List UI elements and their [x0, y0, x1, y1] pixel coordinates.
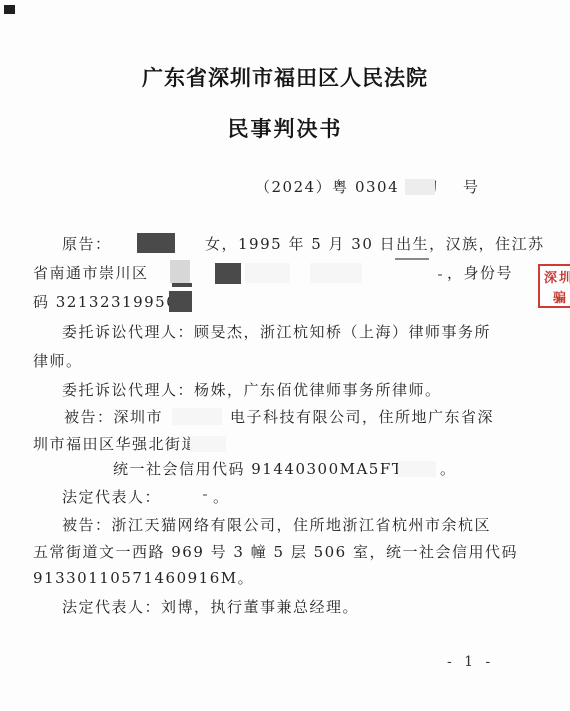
- defendant1-rep-period: 。: [213, 486, 230, 507]
- document-type-title: 民事判决书: [0, 113, 570, 143]
- redaction-box-street: [190, 436, 226, 452]
- defendant1-line-1: 被告：深圳市 电子科技有限公司，住所地广东省深: [0, 406, 570, 430]
- plaintiff-info-text: 女，1995 年 5 月 30 日出生，汉族，住江苏: [205, 233, 545, 254]
- defendant1-line-4: 法定代表人： 。: [0, 486, 570, 510]
- dash-artifact-rep: [203, 494, 207, 496]
- redaction-box-id-number: [169, 291, 192, 312]
- red-court-stamp: 深圳 骗: [538, 264, 570, 308]
- defendant2-text: 被告：浙江天猫网络有限公司，住所地浙江省杭州市余杭区: [62, 514, 491, 535]
- plaintiff-line-1: 原告： 女，1995 年 5 月 30 日出生，汉族，住江苏: [0, 233, 570, 257]
- redaction-box-address-light: [170, 260, 190, 283]
- defendant1-line-2: 圳市福田区华强北街道: [0, 433, 570, 457]
- defendant2-rep-text: 法定代表人：刘博，执行董事兼总经理。: [62, 596, 359, 617]
- judgment-document-page: 广东省深圳市福田区人民法院 民事判决书 （2024）粤 0304 民初 号 原告…: [0, 0, 570, 711]
- redaction-box-address-faint-1: [245, 263, 290, 283]
- defendant2-address-text: 五常街道文一西路 969 号 3 幢 5 层 506 室，统一社会信用代码: [33, 541, 518, 562]
- plaintiff-line-2: 省南通市崇川区 ，身份号: [0, 262, 570, 286]
- stamp-text-line1: 深圳: [540, 269, 570, 289]
- agent1-line-1: 委托诉讼代理人：顾旻杰，浙江杭知桥（上海）律师事务所: [0, 321, 570, 345]
- plaintiff-address-text: 省南通市崇川区: [33, 262, 149, 283]
- dash-artifact: [438, 274, 442, 276]
- agent2-line-1: 委托诉讼代理人：杨姝，广东佰优律师事务所律师。: [0, 379, 570, 403]
- agent1-line-2: 律师。: [0, 350, 570, 374]
- defendant1-label: 被告：深圳市: [64, 406, 163, 427]
- court-name-title: 广东省深圳市福田区人民法院: [0, 62, 570, 92]
- case-number-suffix: 号: [463, 176, 480, 197]
- defendant1-address-text: 圳市福田区华强北街道: [33, 433, 198, 454]
- case-number-line: （2024）粤 0304 民初 号: [0, 176, 570, 200]
- plaintiff-line-3: 码 321323199505: [0, 291, 570, 315]
- agent1-text: 委托诉讼代理人：顾旻杰，浙江杭知桥（上海）律师事务所: [62, 321, 491, 342]
- plaintiff-label: 原告：: [62, 233, 112, 254]
- redaction-box-address-dark: [215, 263, 241, 284]
- redaction-box-plaintiff-name: [137, 233, 175, 253]
- page-number: - 1 -: [447, 654, 494, 670]
- defendant2-line-2: 五常街道文一西路 969 号 3 幢 5 层 506 室，统一社会信用代码: [0, 541, 570, 565]
- defendant1-credit-code-text: 统一社会信用代码 91440300MA5FT8: [113, 458, 414, 479]
- agent2-text: 委托诉讼代理人：杨姝，广东佰优律师事务所律师。: [62, 379, 442, 400]
- plaintiff-id-label-text: ，身份号: [447, 262, 513, 283]
- redaction-box-credit-code: [398, 461, 436, 477]
- plaintiff-id-number-text: 码 321323199505: [33, 291, 188, 312]
- redaction-strip-artifact: [172, 283, 192, 287]
- redaction-box-address-faint-2: [310, 263, 362, 283]
- redaction-box-case-number: [405, 179, 435, 195]
- agent1-text-cont: 律师。: [33, 350, 83, 371]
- stamp-text-line2: 骗: [540, 289, 570, 309]
- defendant1-line-3: 统一社会信用代码 91440300MA5FT8 。: [0, 458, 570, 482]
- defendant1-info-text: 电子科技有限公司，住所地广东省深: [230, 406, 494, 427]
- defendant1-credit-code-period: 。: [440, 458, 457, 479]
- underline-artifact: [395, 258, 429, 260]
- defendant2-line-1: 被告：浙江天猫网络有限公司，住所地浙江省杭州市余杭区: [0, 514, 570, 538]
- defendant1-rep-label: 法定代表人：: [62, 486, 161, 507]
- redaction-box-company-name: [172, 408, 222, 425]
- defendant2-line-4: 法定代表人：刘博，执行董事兼总经理。: [0, 596, 570, 620]
- scan-artifact-mark: [4, 5, 15, 14]
- defendant2-line-3: 91330110571460916M。: [0, 567, 570, 591]
- defendant2-credit-code-text: 91330110571460916M。: [33, 567, 254, 588]
